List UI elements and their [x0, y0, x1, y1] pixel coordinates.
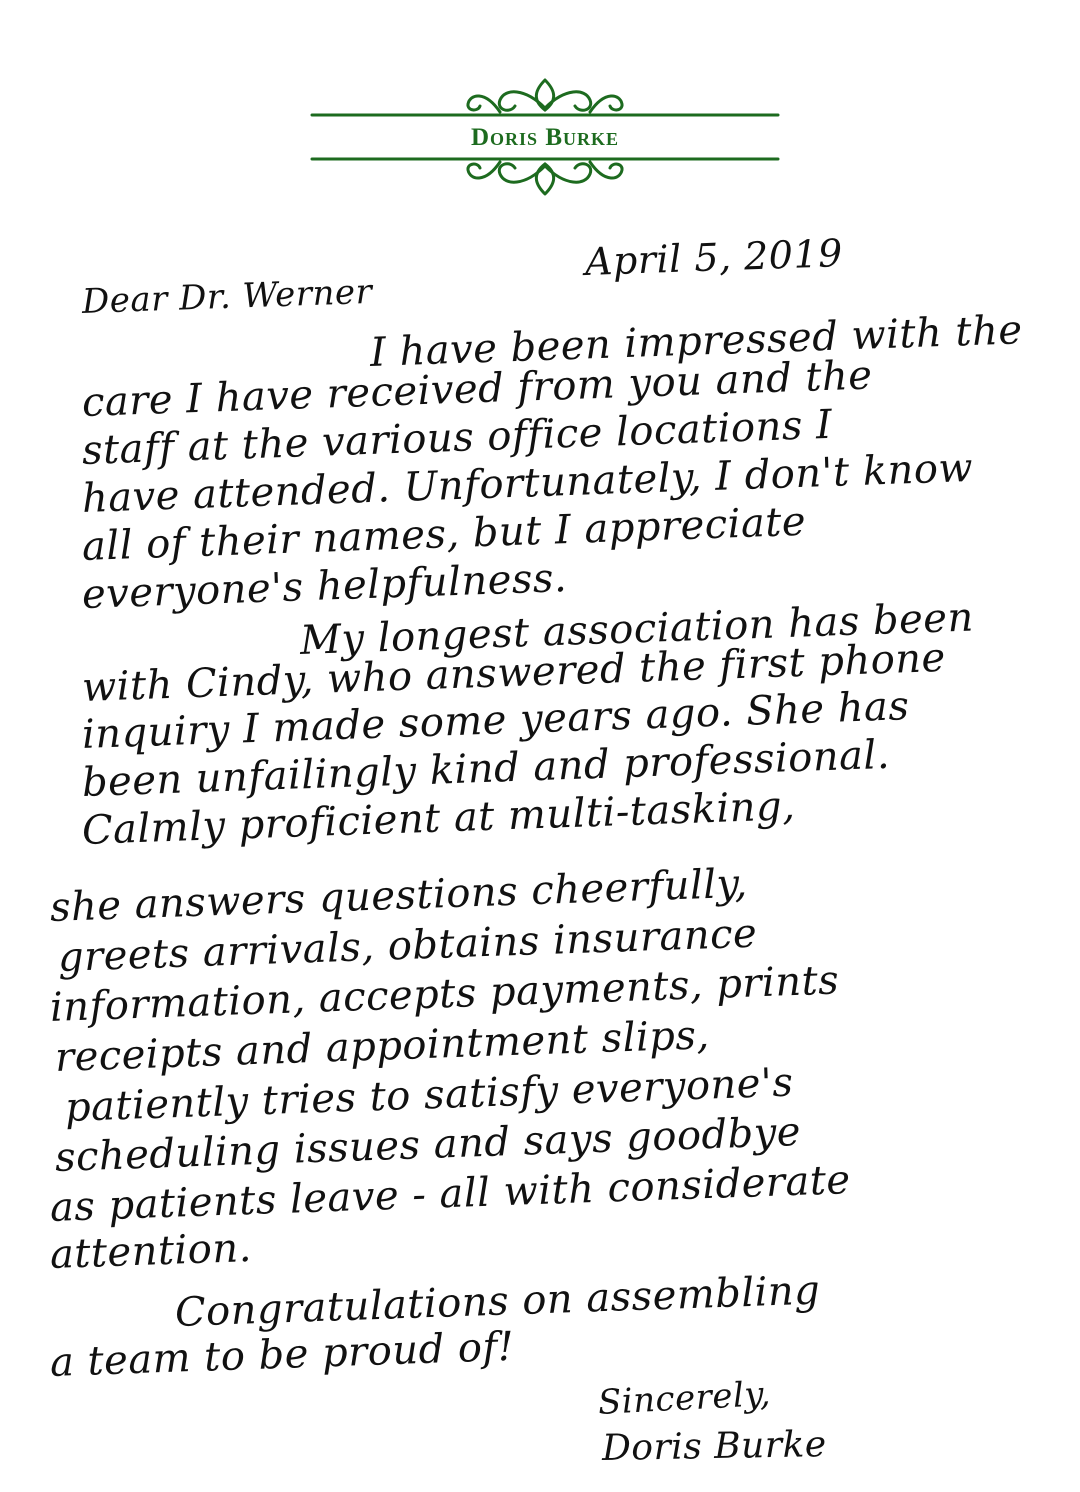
- letter-line: a team to be proud of!: [49, 1324, 515, 1386]
- letter-line: attention.: [49, 1225, 252, 1278]
- salutation: Dear Dr. Werner: [81, 272, 373, 322]
- signature: Doris Burke: [602, 1424, 827, 1469]
- letter-date: April 5, 2019: [584, 231, 843, 284]
- letterhead: Doris Burke: [310, 78, 780, 198]
- letterhead-name: Doris Burke: [310, 124, 780, 152]
- closing: Sincerely,: [597, 1374, 772, 1423]
